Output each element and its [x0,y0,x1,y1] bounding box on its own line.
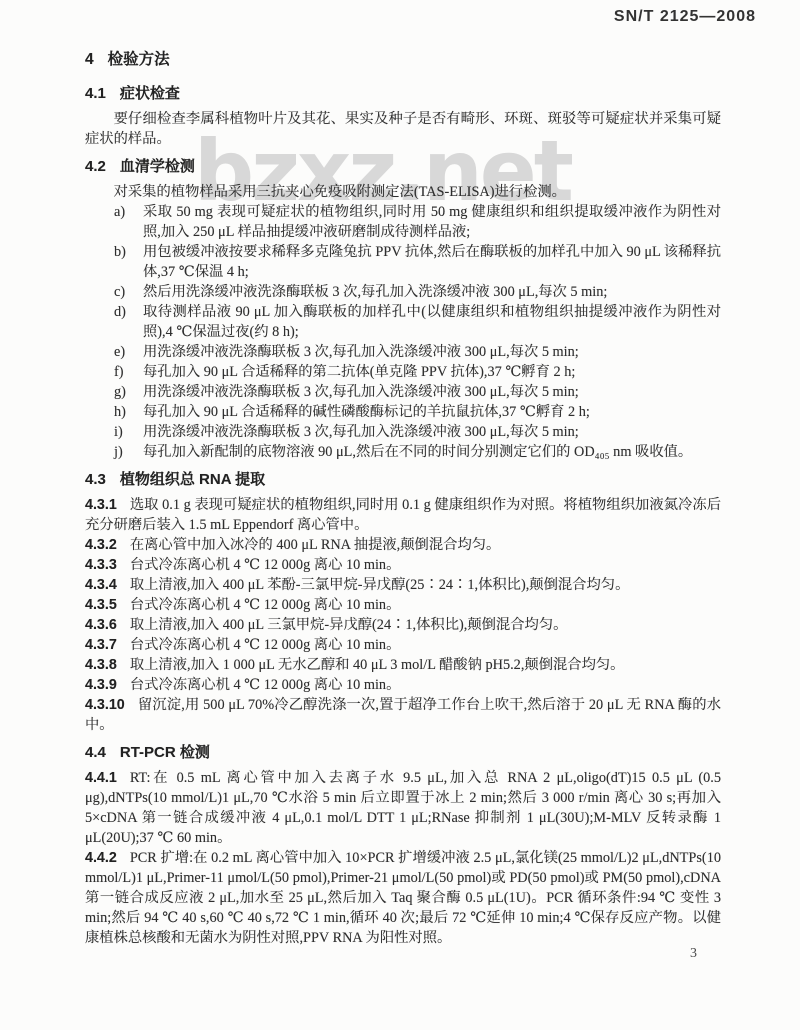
list-marker: j) [114,442,123,462]
list-item: d)取待测样品液 90 μL 加入酶联板的加样孔中(以健康组织和植物组织抽提缓冲… [85,302,721,342]
clause-number: 4.3.4 [85,577,117,593]
list-marker: d) [114,302,126,322]
document-page: SN/T 2125—2008 bzxz.net 4检验方法 4.1症状检查 要仔… [0,0,800,1030]
clause-number: 4.4.2 [85,850,117,866]
chapter-heading: 4检验方法 [85,50,721,70]
section-number: 4.3 [85,471,106,488]
list-text: 每孔加入 90 μL 合适稀释的碱性磷酸酶标记的羊抗鼠抗体,37 ℃孵育 2 h… [143,404,590,420]
clause-text: 在离心管中加入冰冷的 400 μL RNA 抽提液,颠倒混合均匀。 [130,537,501,553]
section-number: 4.1 [85,85,106,102]
list-text: 每孔加入新配制的底物溶液 90 μL,然后在不同的时间分别测定它们的 OD₄₀₅… [143,444,692,460]
section-title: 症状检查 [120,85,180,102]
clause-text: 台式冷冻离心机 4 ℃ 12 000g 离心 10 min。 [130,637,401,653]
page-number: 3 [690,946,697,962]
numbered-paragraph: 4.3.6取上清液,加入 400 μL 三氯甲烷-异戊醇(24∶1,体积比),颠… [85,615,721,635]
clause-text: 取上清液,加入 1 000 μL 无水乙醇和 40 μL 3 mol/L 醋酸钠… [130,657,625,673]
clause-text: PCR 扩增:在 0.2 mL 离心管中加入 10×PCR 扩增缓冲液 2.5 … [85,850,721,946]
clause-text: 取上清液,加入 400 μL 三氯甲烷-异戊醇(24∶1,体积比),颠倒混合均匀… [130,617,568,633]
list-text: 每孔加入 90 μL 合适稀释的第二抗体(单克隆 PPV 抗体),37 ℃孵育 … [143,364,575,380]
list-marker: i) [114,422,123,442]
numbered-paragraph: 4.3.5台式冷冻离心机 4 ℃ 12 000g 离心 10 min。 [85,595,721,615]
list-item: c)然后用洗涤缓冲液洗涤酶联板 3 次,每孔加入洗涤缓冲液 300 μL,每次 … [85,282,721,302]
list-text: 用洗涤缓冲液洗涤酶联板 3 次,每孔加入洗涤缓冲液 300 μL,每次 5 mi… [143,384,579,400]
clause-number: 4.3.5 [85,597,117,613]
numbered-paragraph: 4.3.4取上清液,加入 400 μL 苯酚-三氯甲烷-异戊醇(25∶24∶1,… [85,575,721,595]
list-marker: e) [114,342,125,362]
numbered-paragraph: 4.3.10留沉淀,用 500 μL 70%冷乙醇洗涤一次,置于超净工作台上吹干… [85,695,721,735]
clause-text: 台式冷冻离心机 4 ℃ 12 000g 离心 10 min。 [130,677,401,693]
clause-number: 4.3.1 [85,497,117,513]
chapter-title: 检验方法 [108,51,170,68]
clause-number: 4.3.3 [85,557,117,573]
list-text: 然后用洗涤缓冲液洗涤酶联板 3 次,每孔加入洗涤缓冲液 300 μL,每次 5 … [143,284,607,300]
clause-text: 留沉淀,用 500 μL 70%冷乙醇洗涤一次,置于超净工作台上吹干,然后溶于 … [85,697,721,733]
list-text: 用包被缓冲液按要求稀释多克隆兔抗 PPV 抗体,然后在酶联板的加样孔中加入 90… [143,244,721,280]
list-text: 用洗涤缓冲液洗涤酶联板 3 次,每孔加入洗涤缓冲液 300 μL,每次 5 mi… [143,424,579,440]
paragraph: 要仔细检查李属科植物叶片及其花、果实及种子是否有畸形、环斑、斑驳等可疑症状并采集… [85,109,721,149]
list-marker: a) [114,202,125,222]
list-marker: h) [114,402,126,422]
clause-number: 4.4.1 [85,770,117,786]
clause-number: 4.3.6 [85,617,117,633]
section-heading-4-4: 4.4RT-PCR 检测 [85,743,721,763]
numbered-paragraph: 4.4.2PCR 扩增:在 0.2 mL 离心管中加入 10×PCR 扩增缓冲液… [85,848,721,948]
clause-number: 4.3.7 [85,637,117,653]
list-marker: c) [114,282,125,302]
numbered-paragraph: 4.3.7台式冷冻离心机 4 ℃ 12 000g 离心 10 min。 [85,635,721,655]
numbered-paragraph: 4.3.8取上清液,加入 1 000 μL 无水乙醇和 40 μL 3 mol/… [85,655,721,675]
section-number: 4.2 [85,158,106,175]
list-marker: g) [114,382,126,402]
list-item: b)用包被缓冲液按要求稀释多克隆兔抗 PPV 抗体,然后在酶联板的加样孔中加入 … [85,242,721,282]
section-title: 植物组织总 RNA 提取 [120,471,265,488]
list-item: g)用洗涤缓冲液洗涤酶联板 3 次,每孔加入洗涤缓冲液 300 μL,每次 5 … [85,382,721,402]
clause-text: 选取 0.1 g 表现可疑症状的植物组织,同时用 0.1 g 健康组织作为对照。… [85,497,721,533]
clause-text: 取上清液,加入 400 μL 苯酚-三氯甲烷-异戊醇(25∶24∶1,体积比),… [130,577,630,593]
paragraph: 对采集的植物样品采用三抗夹心免疫吸附测定法(TAS-ELISA)进行检测。 [85,182,721,202]
doc-code: SN/T 2125—2008 [614,8,756,26]
list-text: 取待测样品液 90 μL 加入酶联板的加样孔中(以健康组织和植物组织抽提缓冲液作… [143,304,721,340]
list-marker: b) [114,242,126,262]
clause-text: 台式冷冻离心机 4 ℃ 12 000g 离心 10 min。 [130,557,401,573]
numbered-paragraph: 4.3.2在离心管中加入冰冷的 400 μL RNA 抽提液,颠倒混合均匀。 [85,535,721,555]
numbered-paragraph: 4.3.1选取 0.1 g 表现可疑症状的植物组织,同时用 0.1 g 健康组织… [85,495,721,535]
numbered-paragraph: 4.4.1RT:在 0.5 mL 离心管中加入去离子水 9.5 μL,加入总 R… [85,768,721,848]
section-number: 4.4 [85,744,106,761]
section-heading-4-1: 4.1症状检查 [85,84,721,104]
clause-number: 4.3.2 [85,537,117,553]
list-text: 采取 50 mg 表现可疑症状的植物组织,同时用 50 mg 健康组织和组织提取… [143,204,721,240]
list-text: 用洗涤缓冲液洗涤酶联板 3 次,每孔加入洗涤缓冲液 300 μL,每次 5 mi… [143,344,579,360]
numbered-paragraph: 4.3.3台式冷冻离心机 4 ℃ 12 000g 离心 10 min。 [85,555,721,575]
section-title: 血清学检测 [120,158,195,175]
section-heading-4-2: 4.2血清学检测 [85,157,721,177]
list-item: j)每孔加入新配制的底物溶液 90 μL,然后在不同的时间分别测定它们的 OD₄… [85,442,721,462]
list-item: h)每孔加入 90 μL 合适稀释的碱性磷酸酶标记的羊抗鼠抗体,37 ℃孵育 2… [85,402,721,422]
list-item: a)采取 50 mg 表现可疑症状的植物组织,同时用 50 mg 健康组织和组织… [85,202,721,242]
clause-number: 4.3.9 [85,677,117,693]
numbered-paragraph: 4.3.9台式冷冻离心机 4 ℃ 12 000g 离心 10 min。 [85,675,721,695]
clause-number: 4.3.10 [85,697,125,713]
list-item: f)每孔加入 90 μL 合适稀释的第二抗体(单克隆 PPV 抗体),37 ℃孵… [85,362,721,382]
clause-text: RT:在 0.5 mL 离心管中加入去离子水 9.5 μL,加入总 RNA 2 … [85,770,721,846]
chapter-number: 4 [85,51,94,68]
clause-number: 4.3.8 [85,657,117,673]
list-item: e)用洗涤缓冲液洗涤酶联板 3 次,每孔加入洗涤缓冲液 300 μL,每次 5 … [85,342,721,362]
list-marker: f) [114,362,124,382]
page-content: 4检验方法 4.1症状检查 要仔细检查李属科植物叶片及其花、果实及种子是否有畸形… [85,50,721,948]
section-heading-4-3: 4.3植物组织总 RNA 提取 [85,470,721,490]
list-item: i)用洗涤缓冲液洗涤酶联板 3 次,每孔加入洗涤缓冲液 300 μL,每次 5 … [85,422,721,442]
clause-text: 台式冷冻离心机 4 ℃ 12 000g 离心 10 min。 [130,597,401,613]
section-title: RT-PCR 检测 [120,744,210,761]
